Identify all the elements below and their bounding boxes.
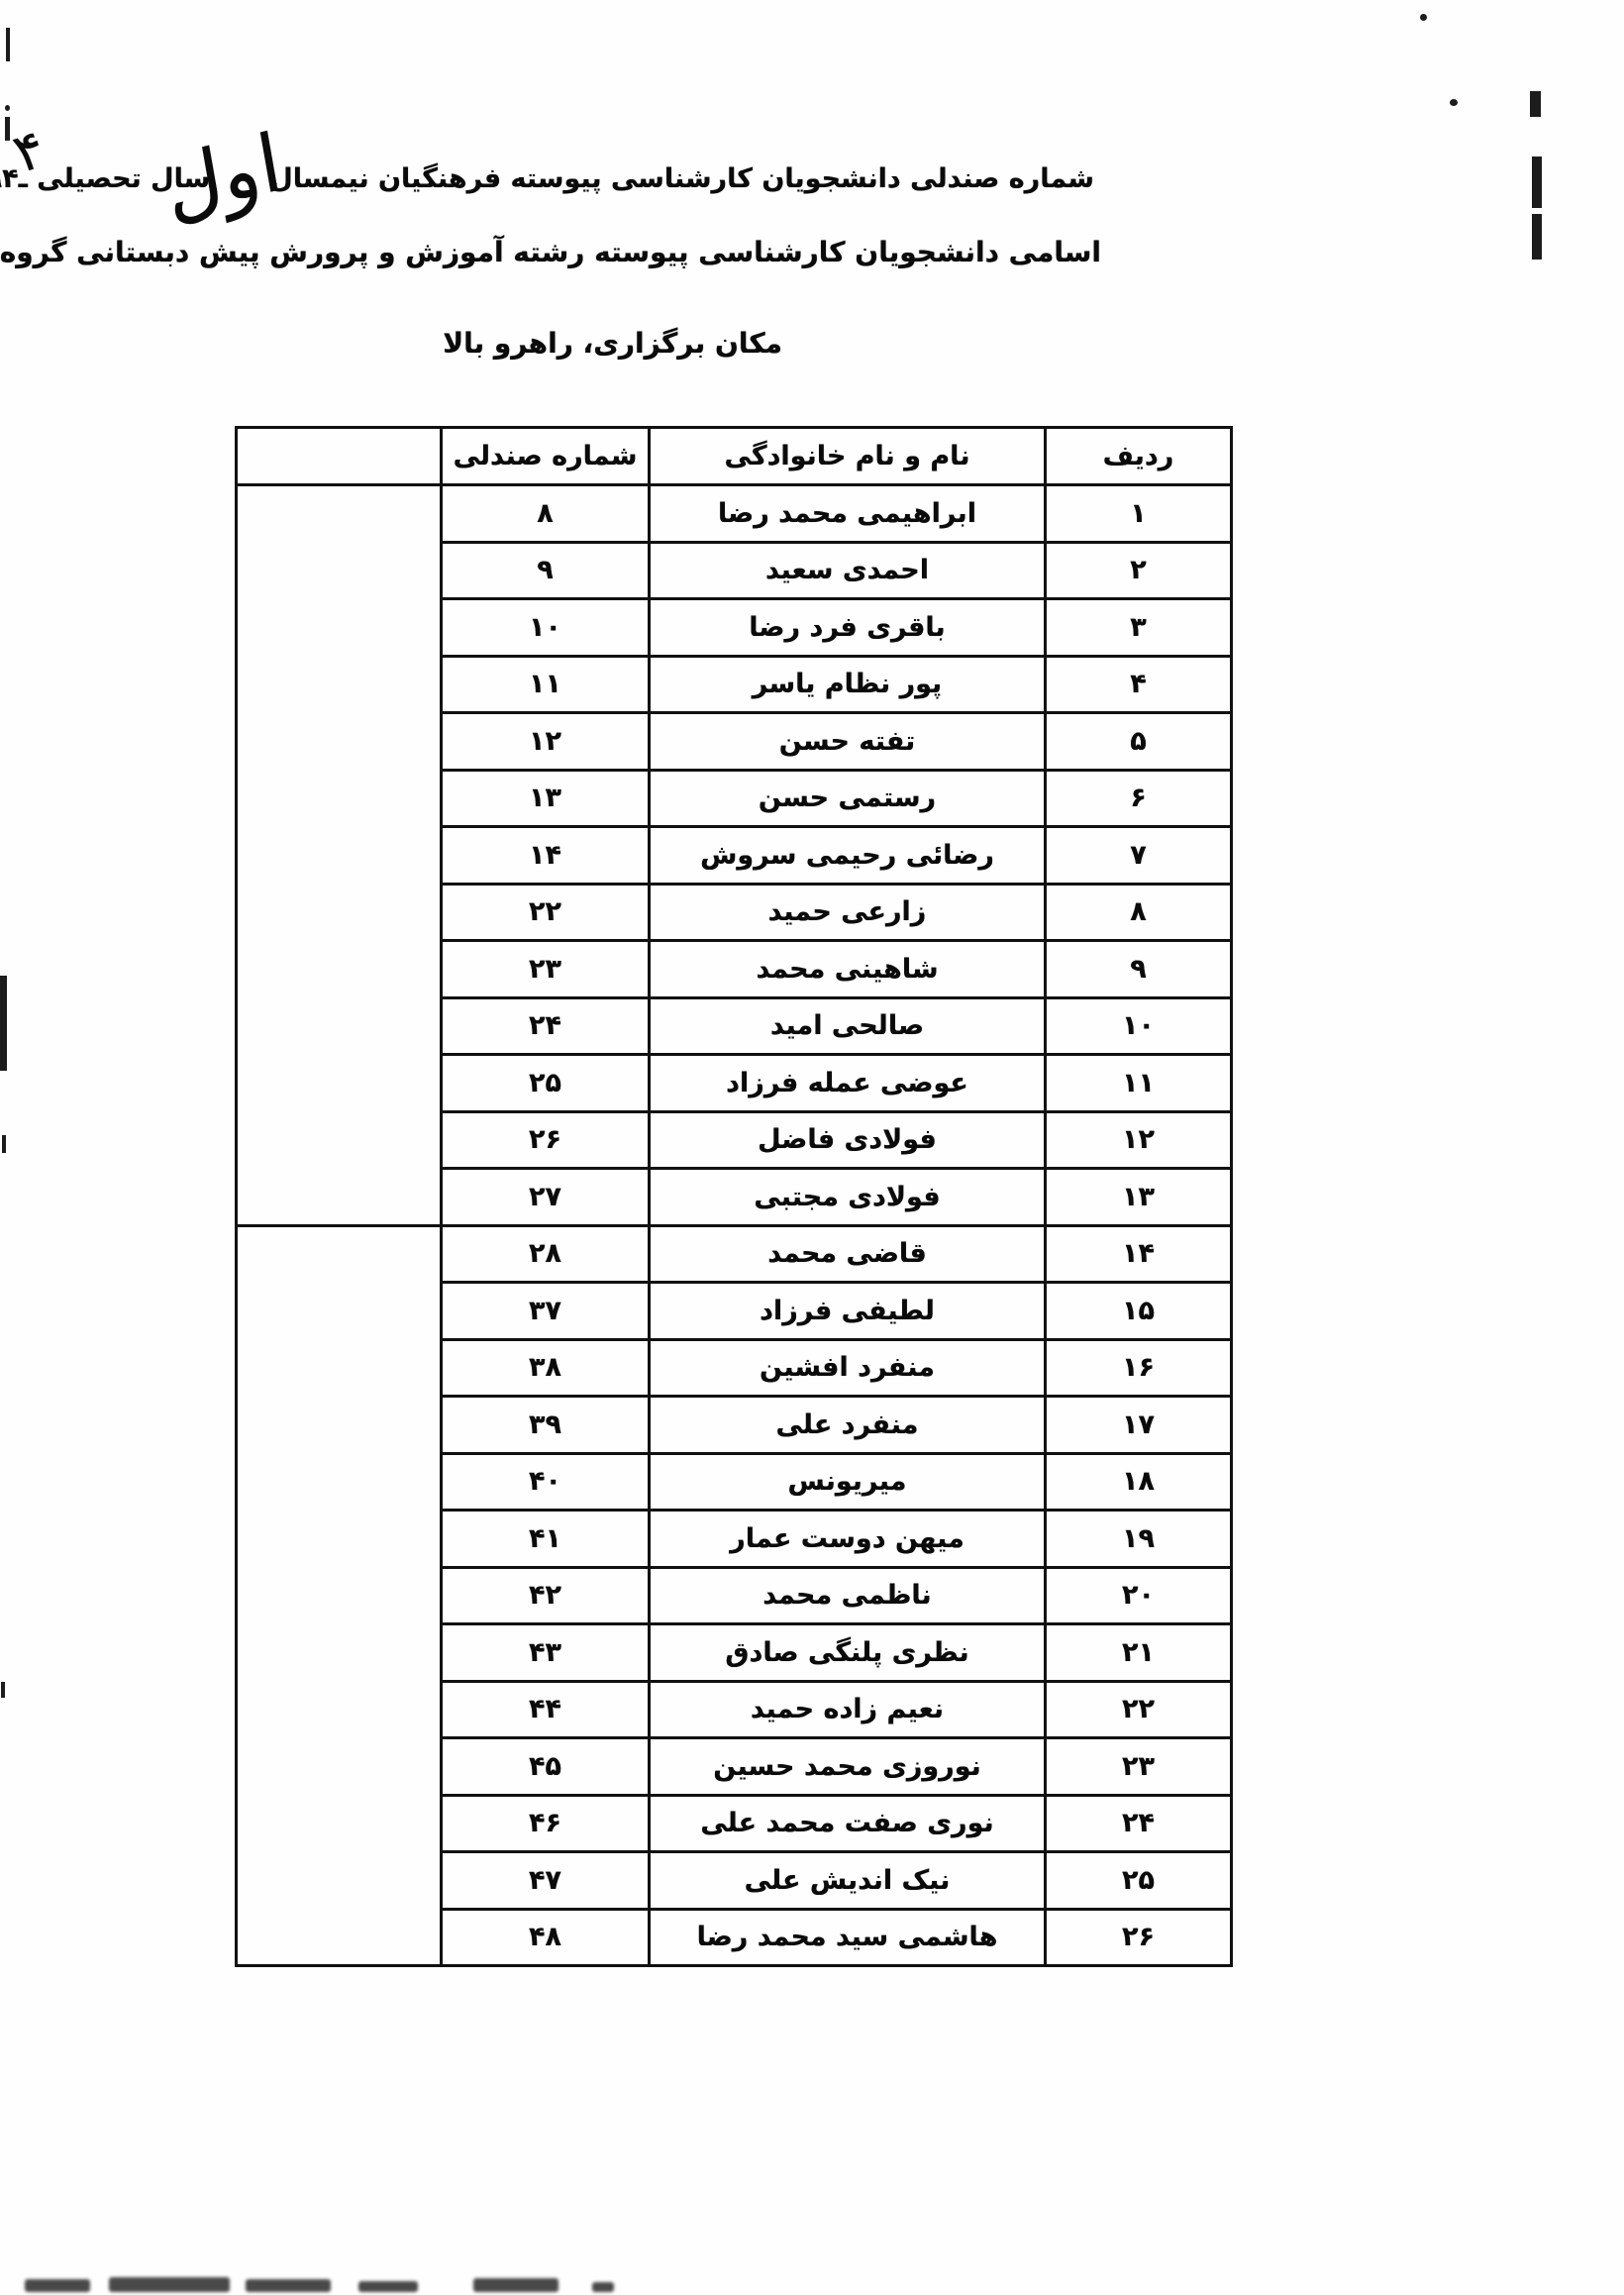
- academic-year: ۹۳ـ۹۴۴: [0, 158, 28, 200]
- page-title: اسامی دانشجویان کارشناسی پیوسته رشته آمو…: [0, 236, 1101, 268]
- radif-cell: ۶: [1046, 770, 1232, 827]
- radif-cell: ۱۶: [1046, 1339, 1232, 1397]
- scan-artifact-dot-right: [1450, 99, 1458, 106]
- scan-artifact-right-edge: [1532, 214, 1542, 260]
- seat-cell: ۲۸: [442, 1225, 650, 1283]
- seat-cell: ۳۸: [442, 1339, 650, 1397]
- scan-artifact-dot-top-right: [1420, 14, 1427, 21]
- scan-artifact-left-edge: [5, 117, 10, 141]
- radif-cell: ۵: [1046, 713, 1232, 771]
- name-cell: منفرد افشین: [650, 1339, 1046, 1397]
- table-header-row: ردیف نام و نام خانوادگی شماره صندلی: [237, 428, 1232, 485]
- seat-cell: ۴۲: [442, 1567, 650, 1624]
- name-cell: نعیم زاده حمید: [650, 1681, 1046, 1738]
- name-cell: لطیفی فرزاد: [650, 1283, 1046, 1340]
- name-cell: ناظمی محمد: [650, 1567, 1046, 1624]
- radif-cell: ۲۶: [1046, 1909, 1232, 1966]
- name-cell: عوضی عمله فرزاد: [650, 1055, 1046, 1112]
- name-cell: قاضی محمد: [650, 1225, 1046, 1283]
- header-text-after-gap: سال تحصیلی: [37, 163, 210, 194]
- seat-cell: ۱۱: [442, 656, 650, 713]
- extra-header-cell: [237, 428, 442, 485]
- seat-cell: ۴۱: [442, 1511, 650, 1568]
- seat-cell: ۴۳: [442, 1624, 650, 1682]
- radif-cell: ۴: [1046, 656, 1232, 713]
- radif-cell: ۲: [1046, 542, 1232, 599]
- students-table: ردیف نام و نام خانوادگی شماره صندلی ۱ابر…: [235, 426, 1233, 1967]
- name-cell: میریونس: [650, 1453, 1046, 1511]
- seat-cell: ۴۵: [442, 1738, 650, 1796]
- radif-cell: ۲۱: [1046, 1624, 1232, 1682]
- radif-cell: ۱: [1046, 485, 1232, 543]
- seat-cell: ۲۳: [442, 941, 650, 998]
- header-line: شماره صندلی دانشجویان کارشناسی پیوسته فر…: [0, 158, 1094, 200]
- scan-artifact-bottom-smudge: [473, 2278, 558, 2292]
- academic-year-digits: ۹۳ـ۹۴: [0, 163, 28, 194]
- seat-cell: ۴۴: [442, 1681, 650, 1738]
- name-cell: شاهینی محمد: [650, 941, 1046, 998]
- radif-cell: ۱۹: [1046, 1511, 1232, 1568]
- name-cell: هاشمی سید محمد رضا: [650, 1909, 1046, 1966]
- scan-artifact-right-edge: [1532, 156, 1542, 208]
- location-line: مکان برگزاری، راهرو بالا: [443, 327, 782, 360]
- radif-cell: ۷: [1046, 827, 1232, 885]
- scan-artifact-left-bar: [0, 976, 7, 1071]
- name-cell: میهن دوست عمار: [650, 1511, 1046, 1568]
- name-cell: صالحی امید: [650, 997, 1046, 1055]
- seat-cell: ۴۸: [442, 1909, 650, 1966]
- name-cell: پور نظام یاسر: [650, 656, 1046, 713]
- seat-cell: ۲۲: [442, 884, 650, 941]
- seat-cell: ۳۹: [442, 1397, 650, 1454]
- extra-column-cell: [237, 1225, 442, 1966]
- name-header-cell: نام و نام خانوادگی: [650, 428, 1046, 485]
- radif-cell: ۲۵: [1046, 1852, 1232, 1910]
- seat-cell: ۲۵: [442, 1055, 650, 1112]
- radif-cell: ۳: [1046, 599, 1232, 657]
- seat-cell: ۱۲: [442, 713, 650, 771]
- radif-header-cell: ردیف: [1046, 428, 1232, 485]
- name-cell: باقری فرد رضا: [650, 599, 1046, 657]
- name-cell: احمدی سعید: [650, 542, 1046, 599]
- seat-header-cell: شماره صندلی: [442, 428, 650, 485]
- scanned-document-page: { "document": { "header": { "before_gap"…: [0, 0, 1624, 2295]
- scan-artifact-left-edge: [6, 28, 10, 61]
- radif-cell: ۲۳: [1046, 1738, 1232, 1796]
- radif-cell: ۱۳: [1046, 1169, 1232, 1226]
- name-cell: نیک اندیش علی: [650, 1852, 1046, 1910]
- seat-cell: ۹: [442, 542, 650, 599]
- radif-cell: ۱۷: [1046, 1397, 1232, 1454]
- radif-cell: ۸: [1046, 884, 1232, 941]
- seat-cell: ۲۷: [442, 1169, 650, 1226]
- seat-cell: ۲۶: [442, 1111, 650, 1169]
- seat-cell: ۴۶: [442, 1795, 650, 1852]
- seat-cell: ۴۷: [442, 1852, 650, 1910]
- radif-cell: ۲۴: [1046, 1795, 1232, 1852]
- table-row: ۱ابراهیمی محمد رضا۸: [237, 485, 1232, 543]
- radif-cell: ۱۲: [1046, 1111, 1232, 1169]
- header-text-before-gap: شماره صندلی دانشجویان کارشناسی پیوسته فر…: [269, 163, 1094, 194]
- scan-artifact-left-edge: [1, 1682, 5, 1698]
- seat-cell: ۱۰: [442, 599, 650, 657]
- scan-artifact-bottom-smudge: [25, 2279, 90, 2292]
- name-cell: تفته حسن: [650, 713, 1046, 771]
- name-cell: رضائی رحیمی سروش: [650, 827, 1046, 885]
- seat-cell: ۲۴: [442, 997, 650, 1055]
- name-cell: رستمی حسن: [650, 770, 1046, 827]
- name-cell: ابراهیمی محمد رضا: [650, 485, 1046, 543]
- table-row: ۱۴قاضی محمد۲۸: [237, 1225, 1232, 1283]
- name-cell: نظری پلنگی صادق: [650, 1624, 1046, 1682]
- radif-cell: ۱۸: [1046, 1453, 1232, 1511]
- seat-cell: ۳۷: [442, 1283, 650, 1340]
- radif-cell: ۱۵: [1046, 1283, 1232, 1340]
- seat-cell: ۸: [442, 485, 650, 543]
- name-cell: منفرد علی: [650, 1397, 1046, 1454]
- name-cell: فولادی فاضل: [650, 1111, 1046, 1169]
- name-cell: نوری صفت محمد علی: [650, 1795, 1046, 1852]
- name-cell: زارعی حمید: [650, 884, 1046, 941]
- scan-artifact-bottom-smudge: [592, 2282, 614, 2292]
- radif-cell: ۱۴: [1046, 1225, 1232, 1283]
- scan-artifact-bottom-smudge: [358, 2281, 418, 2292]
- scan-artifact-right-edge: [1530, 91, 1541, 117]
- radif-cell: ۹: [1046, 941, 1232, 998]
- scan-artifact-left-edge: [2, 1135, 6, 1153]
- page-root: شماره صندلی دانشجویان کارشناسی پیوسته فر…: [0, 0, 1624, 2295]
- name-cell: فولادی مجتبی: [650, 1169, 1046, 1226]
- radif-cell: ۲۰: [1046, 1567, 1232, 1624]
- name-cell: نوروزی محمد حسین: [650, 1738, 1046, 1796]
- radif-cell: ۱۰: [1046, 997, 1232, 1055]
- scan-artifact-bottom-smudge: [246, 2279, 331, 2292]
- scan-artifact-left-edge: [5, 105, 10, 111]
- seat-cell: ۱۳: [442, 770, 650, 827]
- scan-artifact-bottom-smudge: [109, 2277, 230, 2292]
- radif-cell: ۱۱: [1046, 1055, 1232, 1112]
- radif-cell: ۲۲: [1046, 1681, 1232, 1738]
- seat-cell: ۱۴: [442, 827, 650, 885]
- seat-cell: ۴۰: [442, 1453, 650, 1511]
- extra-column-cell: [237, 485, 442, 1226]
